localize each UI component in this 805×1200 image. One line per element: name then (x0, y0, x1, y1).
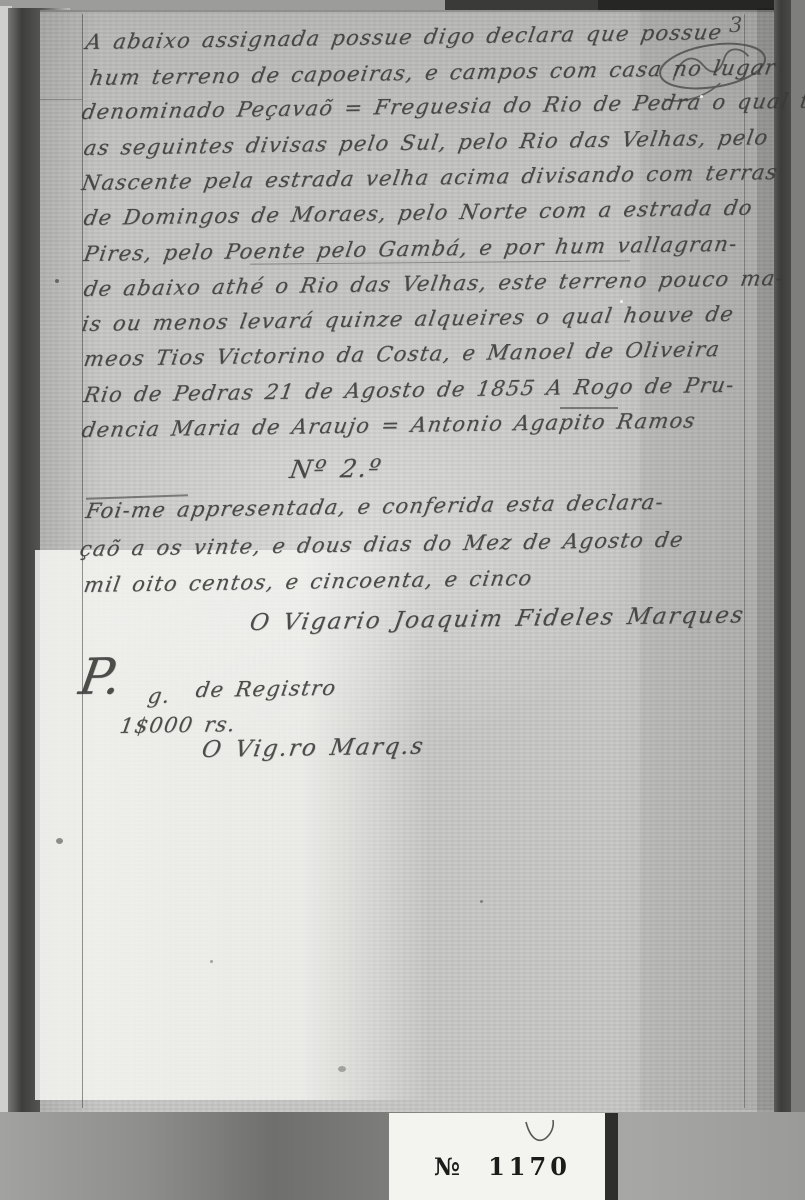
fee-note-text: de Registro (194, 676, 338, 702)
dust-speck (620, 300, 623, 303)
numero-sign: № (434, 1152, 462, 1181)
ink-speck (480, 900, 483, 903)
photo-right-background (791, 0, 805, 1200)
scanned-manuscript-photo: 3 A abaixo assignada possue digo declara… (0, 0, 805, 1200)
folio-page-number: 3 (729, 13, 742, 37)
underline-1855-mark (560, 407, 618, 409)
ink-speck (338, 1066, 346, 1072)
fee-amount: 1$000 rs. (118, 712, 238, 738)
dust-speck (700, 95, 703, 98)
pen-squiggle-mark (520, 1116, 580, 1152)
archival-number-value: 1170 (488, 1152, 571, 1181)
photo-top-shadow (445, 0, 615, 10)
ink-speck (56, 838, 63, 844)
archival-label-shadow-edge (605, 1113, 618, 1200)
entry-number-heading: Nº 2.º (288, 454, 385, 484)
short-signature: O Vig.ro Marq.s (200, 734, 427, 763)
fee-note-second: g. (146, 684, 173, 708)
archival-number-text: №1170 (434, 1152, 571, 1181)
ink-speck (210, 960, 213, 963)
margin-crease-line (40, 99, 82, 100)
ink-speck (55, 279, 59, 283)
